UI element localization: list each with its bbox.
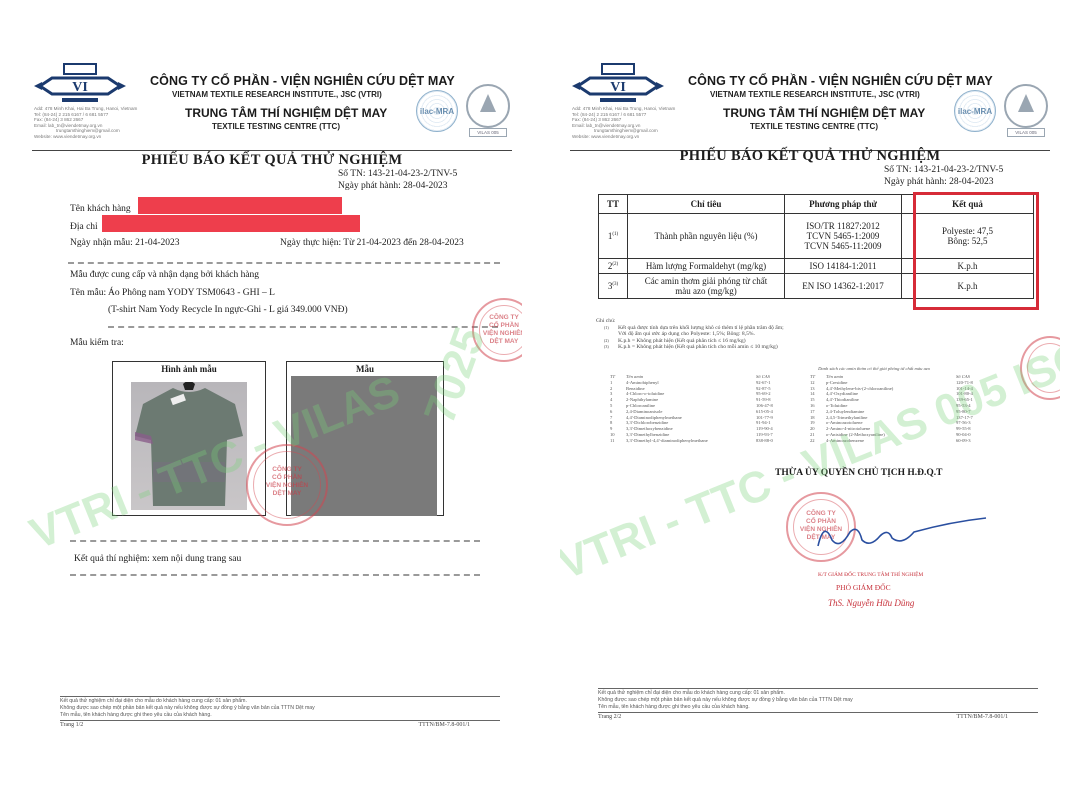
col-header-no: TT <box>599 195 628 214</box>
col-header-method: Phương pháp thử <box>785 195 902 214</box>
footer-disclaimer: Kết quả thử nghiệm chỉ đại diện cho mẫu … <box>598 690 1038 711</box>
fabric-swatch-caption: Mẫu <box>287 364 443 374</box>
divider <box>70 574 480 578</box>
received-date: Ngày nhận mẫu: 21-04-2023 <box>70 238 180 248</box>
ilac-mra-seal-icon: ilac-MRA <box>416 90 458 132</box>
customer-name-redaction <box>138 197 342 214</box>
cell-no: 2(2) <box>599 259 628 274</box>
amine-list: Danh sách các amin thơm có thể giải phón… <box>610 366 1000 372</box>
cell-method: EN ISO 14362-1:2017 <box>785 274 902 299</box>
note-item: Với độ ẩm qui ước áp dụng cho Polyeste: … <box>596 331 1036 338</box>
company-name-en: VIETNAM TEXTILE RESEARCH INSTITUTE., JSC… <box>710 90 920 99</box>
sample-name: Áo Phông nam YODY TSM0643 - GHI – L <box>108 288 275 298</box>
result-highlight-box <box>913 192 1039 310</box>
letterhead: VI Add: 478 Minh Khai, Hai Ba Trung, Han… <box>22 54 522 144</box>
report-number: Số TN: 143-21-04-23-2/TNV-5 <box>338 168 457 180</box>
svg-text:VI: VI <box>72 80 88 95</box>
centre-name-vn: TRUNG TÂM THÍ NGHIỆM DỆT MAY <box>185 106 387 120</box>
header-divider <box>32 150 512 151</box>
col-header-item: Chỉ tiêu <box>628 195 785 214</box>
vilas-seal-icon <box>1004 84 1048 128</box>
centre-name-en: TEXTILE TESTING CENTRE (TTC) <box>750 122 878 131</box>
notes-title: Ghi chú: <box>596 318 1036 325</box>
vilas-code: VILAS 005 <box>469 128 507 137</box>
signer-role-1: K/T GIÁM ĐỐC TRUNG TÂM THÍ NGHIỆM <box>818 572 923 578</box>
company-name-en: VIETNAM TEXTILE RESEARCH INSTITUTE., JSC… <box>172 90 382 99</box>
amine-caption: Danh sách các amin thơm có thể giải phón… <box>610 366 930 372</box>
report-title: PHIẾU BÁO KẾT QUẢ THỬ NGHIỆM <box>560 148 1060 165</box>
notes-section: Ghi chú: (1)Kết quả được tính dựa trên k… <box>596 318 1036 351</box>
amine-row: 113,3'-Dimethyl-4,4'-diaminodiphenylmeth… <box>610 438 800 444</box>
vilas-code: VILAS 005 <box>1007 128 1045 137</box>
authorization-line: THỪA ỦY QUYỀN CHỦ TỊCH H.Đ.Q.T <box>775 468 943 478</box>
cell-item: Các amin thơm giải phóng từ chất màu azo… <box>628 274 785 299</box>
footer-divider <box>60 696 500 697</box>
issue-date: Ngày phát hành: 28-04-2023 <box>338 180 457 192</box>
divider <box>68 262 500 266</box>
cell-item: Thành phần nguyên liệu (%) <box>628 214 785 259</box>
cell-no: 3(3) <box>599 274 628 299</box>
note-item: (3)K.p.h = Không phát hiện (Kết quả phân… <box>596 344 1036 351</box>
page-footer: Trang 1/2 TTTN/BM-7.8-001/1 <box>60 722 500 728</box>
page-footer: Trang 2/2 TTTN/BM-7.8-001/1 <box>598 714 1038 720</box>
footer-disclaimer: Kết quả thử nghiệm chỉ đại diện cho mẫu … <box>60 698 500 719</box>
report-meta: Số TN: 143-21-04-23-2/TNV-5 Ngày phát hà… <box>884 164 1003 188</box>
performed-date: Ngày thực hiện: Từ 21-04-2023 đến 28-04-… <box>280 238 464 248</box>
divider <box>70 540 480 544</box>
cell-method: ISO/TR 11827:2012TCVN 5465-1:2009TCVN 54… <box>785 214 902 259</box>
company-stamp-partial: CÔNG TYCỔ PHẦNVIỆN NGHIÊNDỆT MAY <box>472 298 522 362</box>
vtri-logo-icon: VI <box>572 62 664 106</box>
report-meta: Số TN: 143-21-04-23-2/TNV-5 Ngày phát hà… <box>338 168 457 192</box>
amine-column-left: TTTên aminSố CAS14-Aminobiphenyl92-67-12… <box>610 374 800 444</box>
cell-item: Hàm lượng Formaldehyt (mg/kg) <box>628 259 785 274</box>
report-page-1: VI Add: 478 Minh Khai, Hai Ba Trung, Han… <box>22 40 522 740</box>
signature-icon <box>810 510 990 560</box>
sample-photo-frame: Hình ảnh mẫu <box>112 361 266 516</box>
company-name-vn: CÔNG TY CỔ PHẦN - VIỆN NGHIÊN CỨU DỆT MA… <box>150 74 455 88</box>
customer-label: Tên khách hàng <box>70 204 131 214</box>
amine-row: 224-Aminoazobenzene60-09-3 <box>810 438 1000 444</box>
footer-divider <box>598 688 1038 689</box>
address-block: Add: 478 Minh Khai, Hai Ba Trung, Hanoi,… <box>572 106 692 140</box>
centre-name-vn: TRUNG TÂM THÍ NGHIỆM DỆT MAY <box>723 106 925 120</box>
address-label: Địa chỉ <box>70 222 98 232</box>
cell-method: ISO 14184-1:2011 <box>785 259 902 274</box>
sample-description: (T-shirt Nam Yody Recycle In ngực-Ghi - … <box>108 305 348 315</box>
divider <box>108 326 498 330</box>
tshirt-photo <box>131 382 247 510</box>
form-code: TTTN/BM-7.8-001/1 <box>957 714 1009 720</box>
sample-label: Tên mẫu: <box>70 288 106 298</box>
centre-name-en: TEXTILE TESTING CENTRE (TTC) <box>212 122 340 131</box>
provided-note: Mẫu được cung cấp và nhận dạng bởi khách… <box>70 270 259 280</box>
result-note: Kết quả thí nghiệm: xem nội dung trang s… <box>74 554 241 564</box>
tested-sample-label: Mẫu kiểm tra: <box>70 338 124 348</box>
form-code: TTTN/BM-7.8-001/1 <box>419 722 471 728</box>
signer-role-2: PHÓ GIÁM ĐỐC <box>836 583 891 592</box>
footer-divider <box>598 712 1038 713</box>
page-number: Trang 2/2 <box>598 714 621 720</box>
vilas-seal-icon <box>466 84 510 128</box>
issue-date: Ngày phát hành: 28-04-2023 <box>884 176 1003 188</box>
company-stamp: CÔNG TYCỔ PHẦNVIỆN NGHIÊNDỆT MAY <box>246 444 328 526</box>
ilac-mra-seal-icon: ilac-MRA <box>954 90 996 132</box>
address-redaction <box>102 215 360 232</box>
report-page-2: VI Add: 478 Minh Khai, Hai Ba Trung, Han… <box>560 40 1060 740</box>
amine-column-right: TTTên aminSố CAS12p-Cresidine120-71-8134… <box>810 374 1000 444</box>
cell-no: 1(1) <box>599 214 628 259</box>
footer-divider <box>60 720 500 721</box>
page-number: Trang 1/2 <box>60 722 83 728</box>
company-name-vn: CÔNG TY CỔ PHẦN - VIỆN NGHIÊN CỨU DỆT MA… <box>688 74 993 88</box>
vtri-logo-icon: VI <box>34 62 126 106</box>
svg-text:VI: VI <box>610 80 626 95</box>
letterhead: VI Add: 478 Minh Khai, Hai Ba Trung, Han… <box>560 54 1060 144</box>
signer-name: ThS. Nguyễn Hữu Dũng <box>828 598 914 608</box>
address-block: Add: 478 Minh Khai, Hai Ba Trung, Hanoi,… <box>34 106 154 140</box>
report-number: Số TN: 143-21-04-23-2/TNV-5 <box>884 164 1003 176</box>
sample-photo-caption: Hình ảnh mẫu <box>113 364 265 374</box>
report-title: PHIẾU BÁO KẾT QUẢ THỬ NGHIỆM <box>22 152 522 169</box>
